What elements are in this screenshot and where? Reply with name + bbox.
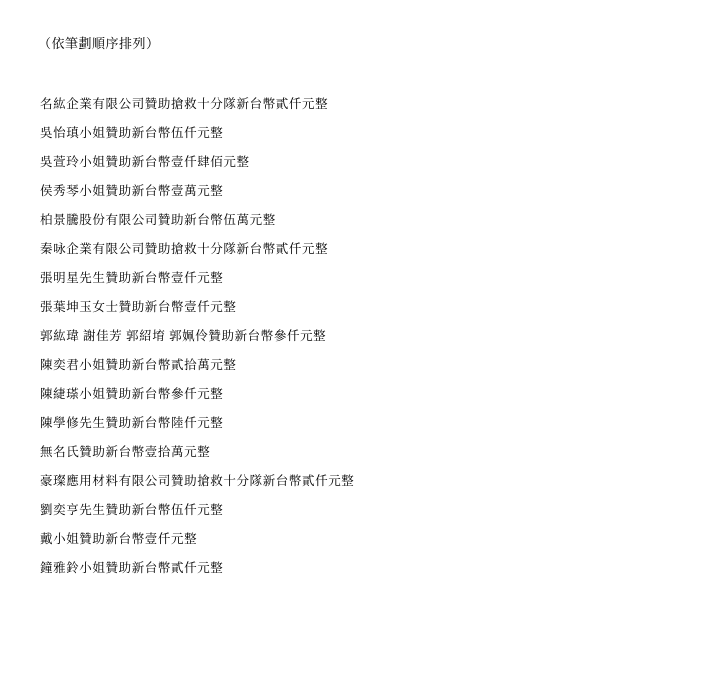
donor-line: 豪璨應用材料有限公司贊助搶救十分隊新台幣貳仟元整 xyxy=(40,467,700,496)
document-page: （依筆劃順序排列） 名紘企業有限公司贊助搶救十分隊新台幣貳仟元整吳怡瑱小姐贊助新… xyxy=(0,0,720,675)
donor-line: 無名氏贊助新台幣壹拾萬元整 xyxy=(40,438,700,467)
donor-line: 張葉坤玉女士贊助新台幣壹仟元整 xyxy=(40,293,700,322)
donor-line: 秦咏企業有限公司贊助搶救十分隊新台幣貳仟元整 xyxy=(40,235,700,264)
donor-line: 鐘雅鈴小姐贊助新台幣貳仟元整 xyxy=(40,554,700,583)
donor-line: 張明星先生贊助新台幣壹仟元整 xyxy=(40,264,700,293)
donor-line: 劉奕亨先生贊助新台幣伍仟元整 xyxy=(40,496,700,525)
donor-line: 陳學修先生贊助新台幣陸仟元整 xyxy=(40,409,700,438)
donor-line: 陳緁瑹小姐贊助新台幣參仟元整 xyxy=(40,380,700,409)
donor-line: 陳奕君小姐贊助新台幣貳拾萬元整 xyxy=(40,351,700,380)
donor-line: 吳萱玲小姐贊助新台幣壹仟肆佰元整 xyxy=(40,148,700,177)
donor-line: 名紘企業有限公司贊助搶救十分隊新台幣貳仟元整 xyxy=(40,90,700,119)
donor-line: 戴小姐贊助新台幣壹仟元整 xyxy=(40,525,700,554)
donor-line: 郭紘瑋 謝佳芳 郭紹堉 郭姵伶贊助新台幣參仟元整 xyxy=(40,322,700,351)
donor-line: 柏景騰股份有限公司贊助新台幣伍萬元整 xyxy=(40,206,700,235)
donor-list: 名紘企業有限公司贊助搶救十分隊新台幣貳仟元整吳怡瑱小姐贊助新台幣伍仟元整吳萱玲小… xyxy=(40,90,700,583)
donor-line: 侯秀琴小姐贊助新台幣壹萬元整 xyxy=(40,177,700,206)
donor-line: 吳怡瑱小姐贊助新台幣伍仟元整 xyxy=(40,119,700,148)
sort-order-note: （依筆劃順序排列） xyxy=(38,36,160,52)
